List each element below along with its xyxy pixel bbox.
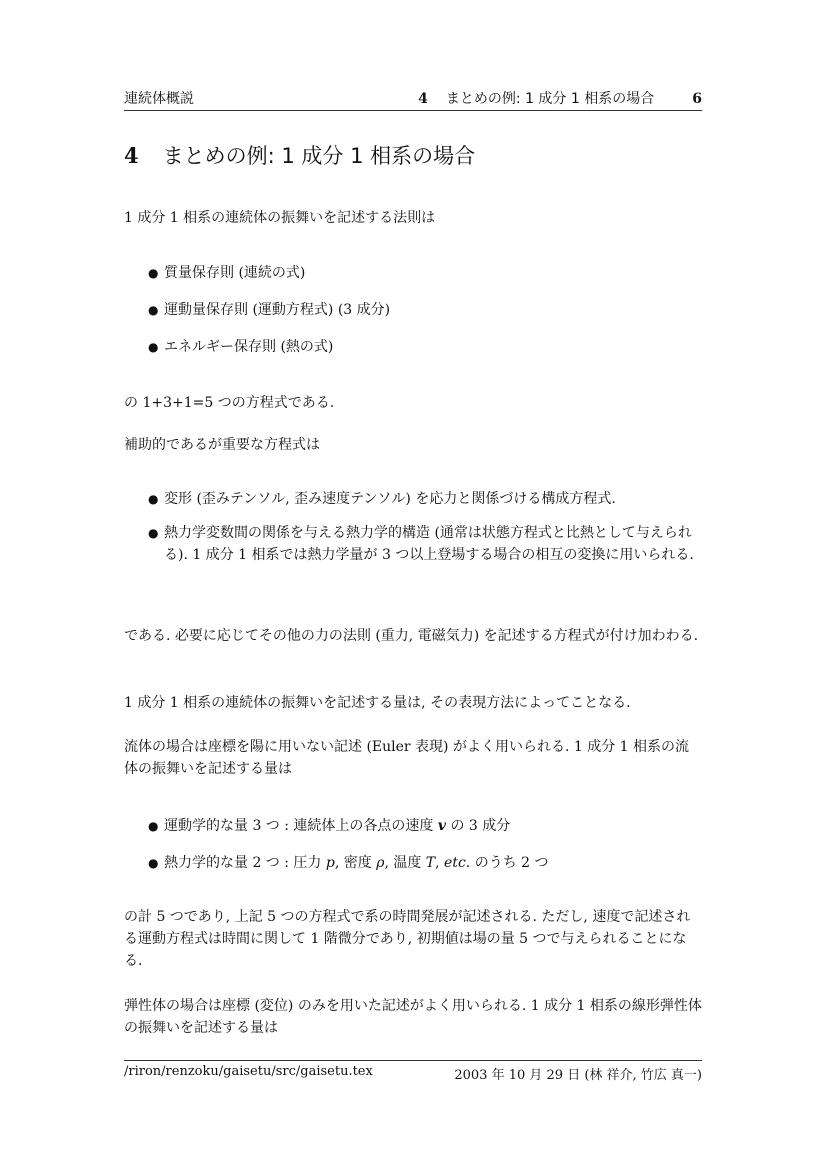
doc-title: 連続体概説: [124, 88, 194, 108]
list-item: ●質量保存則 (連続の式): [124, 262, 702, 284]
bullet-icon: ●: [148, 336, 158, 358]
paragraph-auxiliary-intro: 補助的であるが重要な方程式は: [124, 434, 702, 456]
running-header: 連続体概説 4まとめの例: 1 成分 1 相系の場合6: [124, 88, 702, 111]
fluid-quantities-list: ●運動学的な量 3 つ : 連続体上の各点の速度 v の 3 成分 ●熱力学的な…: [124, 815, 702, 874]
conservation-laws-list: ●質量保存則 (連続の式) ●運動量保存則 (運動方程式) (3 成分) ●エネ…: [124, 262, 702, 358]
list-item: ●熱力学変数間の関係を与える熱力学的構造 (通常は状態方程式と比熱として与えられ…: [124, 522, 702, 566]
paragraph-euler-description: 流体の場合は座標を陽に用いない記述 (Euler 表現) がよく用いられる. 1…: [124, 736, 702, 780]
list-item: ●運動量保存則 (運動方程式) (3 成分): [124, 299, 702, 321]
list-item: ●熱力学的な量 2 つ : 圧力 p, 密度 ρ, 温度 T, etc. のうち…: [124, 852, 702, 874]
bullet-icon: ●: [148, 815, 158, 837]
header-section-number: 4: [418, 91, 428, 107]
paragraph-description-quantities: 1 成分 1 相系の連続体の振舞いを記述する量は, その表現方法によってことなる…: [124, 692, 702, 714]
list-item: ●変形 (歪みテンソル, 歪み速度テンソル) を応力と関係づける構成方程式.: [124, 488, 702, 510]
running-footer: /riron/renzoku/gaisetu/src/gaisetu.tex 2…: [124, 1060, 702, 1064]
bullet-icon: ●: [148, 299, 158, 321]
list-item: ●運動学的な量 3 つ : 連続体上の各点の速度 v の 3 成分: [124, 815, 702, 837]
paragraph-equation-count: の 1+3+1=5 つの方程式である.: [124, 392, 702, 414]
list-item: ●エネルギー保存則 (熱の式): [124, 336, 702, 358]
header-section: 4まとめの例: 1 成分 1 相系の場合6: [418, 88, 702, 108]
temperature-symbol: T: [426, 855, 435, 871]
section-heading: 4まとめの例: 1 成分 1 相系の場合: [124, 140, 475, 170]
date-authors: 2003 年 10 月 29 日 (林 祥介, 竹広 真一): [454, 1064, 702, 1083]
page-number: 6: [692, 91, 702, 107]
header-section-title: まとめの例: 1 成分 1 相系の場合: [446, 91, 654, 107]
paragraph-elastic-body: 弾性体の場合は座標 (変位) のみを用いた記述がよく用いられる. 1 成分 1 …: [124, 995, 702, 1039]
auxiliary-equations-list: ●変形 (歪みテンソル, 歪み速度テンソル) を応力と関係づける構成方程式. ●…: [124, 488, 702, 566]
pressure-symbol: p: [326, 855, 335, 871]
bullet-icon: ●: [148, 522, 158, 544]
paragraph-laws-intro: 1 成分 1 相系の連続体の振舞いを記述する法則は: [124, 207, 702, 229]
velocity-symbol: v: [438, 818, 446, 834]
bullet-icon: ●: [148, 852, 158, 874]
section-title: まとめの例: 1 成分 1 相系の場合: [163, 144, 476, 168]
source-path: /riron/renzoku/gaisetu/src/gaisetu.tex: [124, 1064, 373, 1079]
bullet-icon: ●: [148, 488, 158, 510]
paragraph-time-evolution: の計 5 つであり, 上記 5 つの方程式で系の時間発展が記述される. ただし,…: [124, 906, 702, 972]
bullet-icon: ●: [148, 262, 158, 284]
paragraph-other-forces: である. 必要に応じてその他の力の法則 (重力, 電磁気力) を記述する方程式が…: [124, 625, 702, 647]
section-number: 4: [124, 143, 139, 168]
